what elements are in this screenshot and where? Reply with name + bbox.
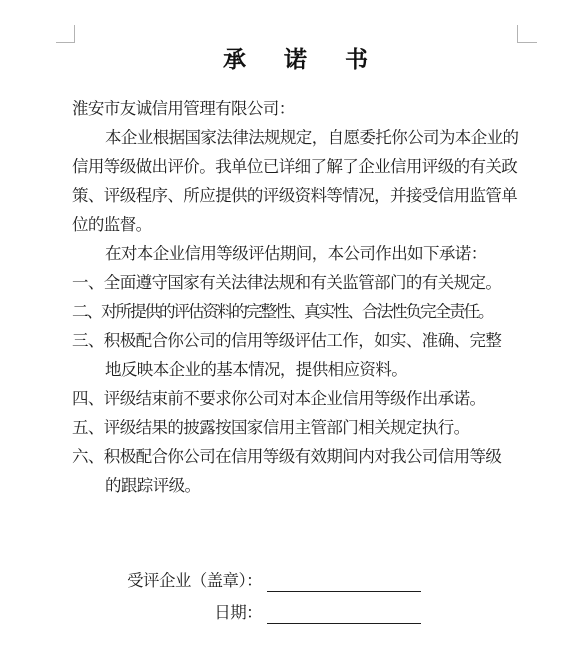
signature-block: 受评企业（盖章）： 日期： [112,567,519,628]
commitment-item: 一、全面遵守国家有关法律法规和有关监管部门的有关规定。 [72,269,519,298]
document-body: 承诺书 淮安市友诚信用管理有限公司： 本企业根据国家法律法规规定，自愿委托你公司… [72,0,519,631]
margin-crop-mark-top-right [517,25,537,43]
salutation-line: 淮安市友诚信用管理有限公司： [72,95,519,124]
commitment-item: 二、对所提供的评估资料的完整性、真实性、合法性负完全责任。 [72,298,519,327]
commitment-item: 五、评级结果的披露按国家信用主管部门相关规定执行。 [72,414,519,443]
paragraphs-container: 本企业根据国家法律法规规定，自愿委托你公司为本企业的 信用等级做出评价。我单位已… [72,124,519,269]
signature-date-row: 日期： [112,599,519,628]
document-page: { "doc": { "title": "承诺书", "salutation":… [0,0,579,655]
commitment-item: 三、积极配合你公司的信用等级评估工作，如实、准确、完整 地反映本企业的基本情况，… [72,327,519,385]
company-seal-label: 受评企业（盖章）： [112,567,262,596]
commitment-item: 四、评级结束前不要求你公司对本企业信用等级作出承诺。 [72,385,519,414]
document-title: 承诺书 [72,44,519,74]
intro-paragraph: 本企业根据国家法律法规规定，自愿委托你公司为本企业的 信用等级做出评价。我单位已… [72,124,519,240]
document-title-text: 承诺书 [223,46,406,72]
signature-company-row: 受评企业（盖章）： [112,567,519,596]
commitment-list: 一、全面遵守国家有关法律法规和有关监管部门的有关规定。二、对所提供的评估资料的完… [72,269,519,501]
commitment-lead-paragraph: 在对本企业信用等级评估期间，本公司作出如下承诺： [72,240,519,269]
date-blank-line [267,599,421,624]
commitment-item: 六、积极配合你公司在信用等级有效期间内对我公司信用等级 的跟踪评级。 [72,443,519,501]
company-seal-blank-line [267,567,421,592]
date-label: 日期： [112,599,262,628]
